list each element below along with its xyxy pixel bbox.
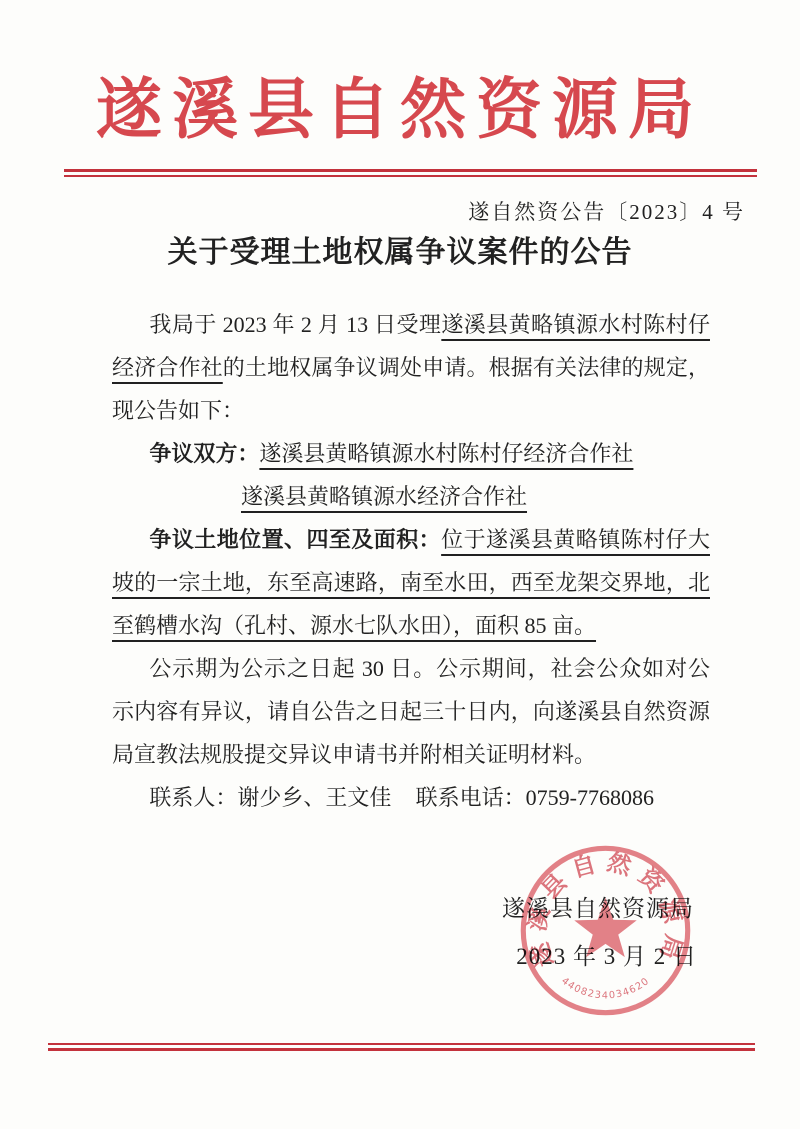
letterhead-org-name: 遂溪县自然资源局: [0, 58, 800, 163]
phone-number: 0759-7768086: [526, 785, 654, 810]
seal-code: 4408234034620: [559, 976, 652, 1002]
contact-line: 联系人：谢少乡、王文佳联系电话：0759-7768086: [112, 776, 710, 819]
document-number: 遂自然资公告〔2023〕4 号: [0, 197, 800, 227]
signature-block: 遂溪县自然资源局 2023 年 3 月 2 日: [0, 892, 800, 974]
footer-rule: [48, 1043, 755, 1051]
signature-date: 2023 年 3 月 2 日: [0, 940, 800, 974]
notice-period-paragraph: 公示期为公示之日起 30 日。公示期间，社会公众如对公示内容有异议，请自公告之日…: [112, 647, 710, 776]
scanned-official-notice: 遂溪县自然资源局 遂自然资公告〔2023〕4 号 关于受理土地权属争议案件的公告…: [0, 0, 800, 1129]
intro-paragraph: 我局于 2023 年 2 月 13 日受理遂溪县黄略镇源水村陈村仔经济合作社的土…: [112, 303, 710, 432]
header-rule-thin-line: [64, 175, 757, 177]
parties-label: 争议双方：: [149, 441, 259, 466]
contact-names: 谢少乡、王文佳: [237, 785, 391, 810]
land-location-paragraph: 争议土地位置、四至及面积：位于遂溪县黄略镇陈村仔大坡的一宗土地，东至高速路，南至…: [112, 518, 710, 647]
notice-body: 我局于 2023 年 2 月 13 日受理遂溪县黄略镇源水村陈村仔经济合作社的土…: [0, 303, 800, 819]
land-location-label: 争议土地位置、四至及面积：: [149, 527, 441, 552]
party-1-name: 遂溪县黄略镇源水村陈村仔经济合作社: [259, 441, 646, 466]
footer-rule-thick-line: [48, 1048, 755, 1051]
phone-label: 联系电话：: [416, 785, 526, 810]
parties-line-2: 遂溪县黄略镇源水经济合作社: [112, 475, 710, 518]
header-rule: [64, 169, 757, 177]
intro-text-pre: 我局于 2023 年 2 月 13 日受理: [149, 312, 441, 337]
signature-org-name: 遂溪县自然资源局: [0, 892, 800, 926]
parties-line-1: 争议双方：遂溪县黄略镇源水村陈村仔经济合作社: [112, 432, 710, 475]
notice-title: 关于受理土地权属争议案件的公告: [0, 233, 800, 273]
party-2-name: 遂溪县黄略镇源水经济合作社: [241, 484, 540, 509]
contact-label: 联系人：: [149, 785, 237, 810]
